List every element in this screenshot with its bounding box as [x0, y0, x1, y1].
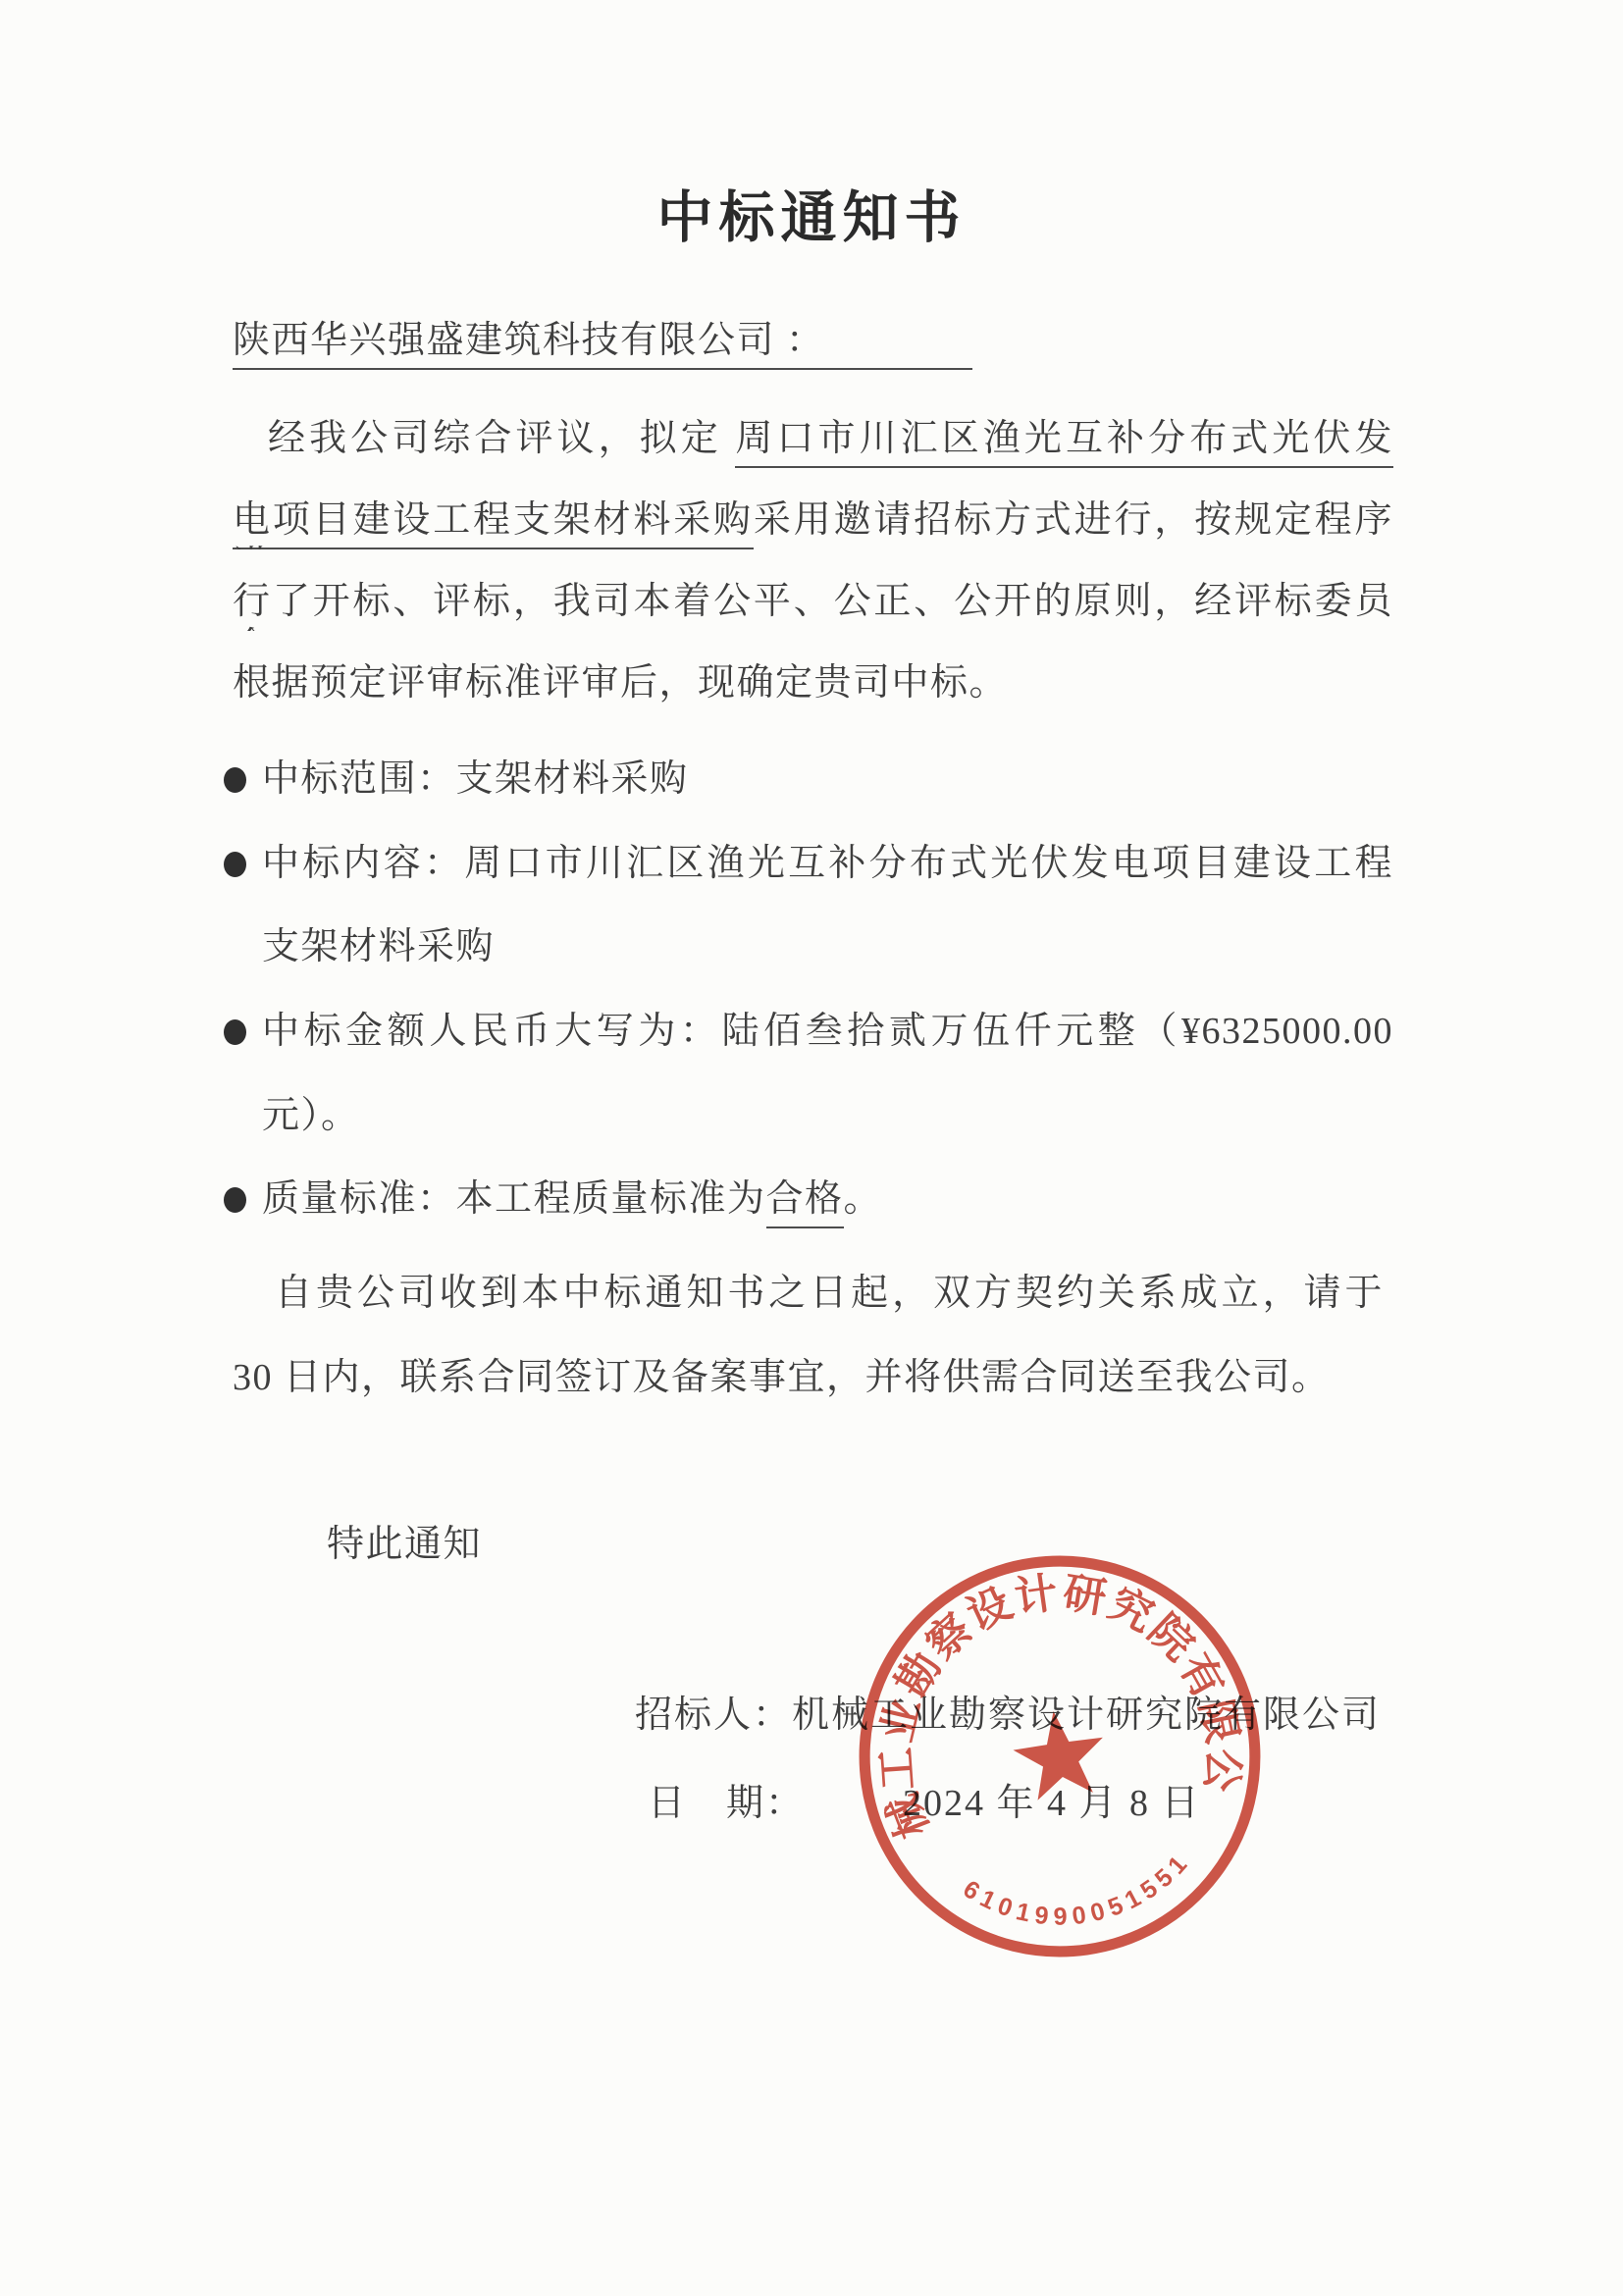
bullet-icon	[224, 852, 246, 877]
para1-line2-underlined: 电项目建设工程支架材料采购	[233, 499, 754, 549]
quality-post: 。	[844, 1178, 883, 1220]
document-title: 中标通知书	[0, 173, 1623, 253]
bullet-icon	[224, 767, 246, 793]
company-seal: 机械工业勘察设计研究院有限公司 6101990051551	[825, 1522, 1295, 1992]
closing-line: 自贵公司收到本中标通知书之日起，双方契约关系成立，请于	[275, 1272, 1384, 1323]
seal-ring	[839, 1536, 1280, 1976]
notice-line: 特此通知	[327, 1523, 482, 1568]
bullet-item-amount-cont: 元）。	[262, 1094, 360, 1139]
paragraph-line: 经我公司综合评议，拟定 周口市川汇区渔光互补分布式光伏发	[268, 417, 1393, 468]
addressee-line: 陕西华兴强盛建筑科技有限公司 ：	[233, 319, 972, 364]
quality-pre: 质量标准：本工程质量标准为	[262, 1178, 766, 1220]
bullet-item-content-cont: 支架材料采购	[262, 925, 495, 970]
paragraph-line: 根据预定评审标准评审后，现确定贵司中标。	[233, 661, 1008, 706]
date-value: 2024 年 4 月 8 日	[903, 1783, 1201, 1824]
quality-underlined: 合格	[766, 1178, 844, 1228]
document-page: 中标通知书 陕西华兴强盛建筑科技有限公司 ： 经我公司综合评议，拟定 周口市川汇…	[0, 0, 1623, 2296]
bullet-item-scope: 中标范围：支架材料采购	[262, 757, 689, 803]
para1-line1-pre: 经我公司综合评议，拟定	[268, 418, 735, 459]
date-line: 日 期：2024 年 4 月 8 日	[648, 1782, 1201, 1827]
bullet-icon	[224, 1187, 246, 1213]
bullet-item-quality: 质量标准：本工程质量标准为合格。	[262, 1177, 882, 1223]
bullet-icon	[224, 1019, 246, 1045]
seal-number-arc: 6101990051551	[956, 1845, 1203, 1946]
bidder-signature-line: 招标人：机械工业勘察设计研究院有限公司	[635, 1694, 1381, 1739]
paragraph-line: 行了开标、评标，我司本着公平、公正、公开的原则，经评标委员会	[233, 580, 1393, 631]
bullet-item-content: 中标内容：周口市川汇区渔光互补分布式光伏发电项目建设工程	[262, 842, 1393, 893]
paragraph-line: 电项目建设工程支架材料采购采用邀请招标方式进行，按规定程序进	[233, 498, 1393, 549]
addressee-company: 陕西华兴强盛建筑科技有限公司 ：	[233, 320, 972, 370]
para1-line1-underlined: 周口市川汇区渔光互补分布式光伏发	[735, 418, 1393, 468]
date-label: 日 期：	[648, 1783, 805, 1824]
bullet-item-amount: 中标金额人民币大写为：陆佰叁拾贰万伍仟元整（¥6325000.00	[262, 1010, 1393, 1061]
closing-line: 30 日内，联系合同签订及备案事宜，并将供需合同送至我公司。	[233, 1356, 1331, 1401]
